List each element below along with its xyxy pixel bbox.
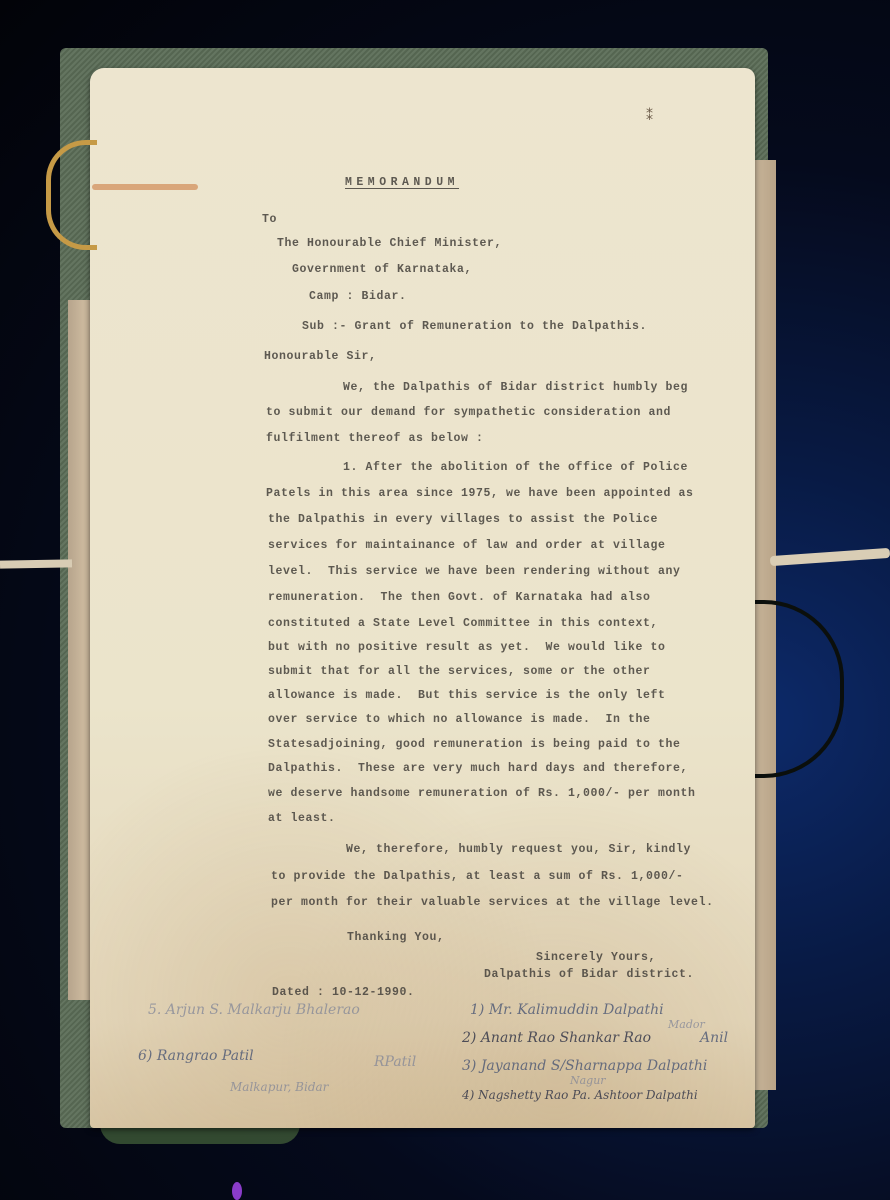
closing-line: Sincerely Yours, xyxy=(536,951,656,964)
signature-entry: 1) Mr. Kalimuddin Dalpathi xyxy=(470,1002,664,1018)
purple-object xyxy=(232,1182,242,1200)
body-line: constituted a State Level Committee in t… xyxy=(268,617,658,630)
tag-string xyxy=(92,184,198,190)
body-line: over service to which no allowance is ma… xyxy=(268,713,651,726)
page-title: MEMORANDUM xyxy=(345,176,459,189)
body-line: the Dalpathis in every villages to assis… xyxy=(268,513,658,526)
recipient-line-2: Government of Karnataka, xyxy=(292,263,472,276)
signatory-line: Dalpathis of Bidar district. xyxy=(484,968,694,981)
binding-cord xyxy=(750,600,844,778)
signature-mark: Anil xyxy=(700,1030,728,1046)
signature-entry: 6) Rangrao Patil xyxy=(138,1048,254,1064)
signature-entry: 4) Nagshetty Rao Pa. Ashtoor Dalpathi xyxy=(462,1088,698,1102)
signature-mark: RPatil xyxy=(374,1054,416,1070)
body-line: Patels in this area since 1975, we have … xyxy=(266,487,694,500)
salutation: Honourable Sir, xyxy=(264,350,377,363)
recipient-line-1: The Honourable Chief Minister, xyxy=(277,237,502,250)
subject-line: Sub :- Grant of Remuneration to the Dalp… xyxy=(302,320,647,333)
date-line: Dated : 10-12-1990. xyxy=(272,986,415,999)
body-line: we deserve handsome remuneration of Rs. … xyxy=(268,787,696,800)
body-line: but with no positive result as yet. We w… xyxy=(268,641,666,654)
body-line: We, the Dalpathis of Bidar district humb… xyxy=(343,381,688,394)
signature-entry: Nagur xyxy=(570,1074,606,1087)
body-line: allowance is made. But this service is t… xyxy=(268,689,666,702)
body-line: at least. xyxy=(268,812,336,825)
body-line: remuneration. The then Govt. of Karnatak… xyxy=(268,591,651,604)
body-line: Dalpathis. These are very much hard days… xyxy=(268,762,688,775)
signature-entry: 5. Arjun S. Malkarju Bhalerao xyxy=(148,1002,360,1018)
thanks-line: Thanking You, xyxy=(347,931,445,944)
request-line: per month for their valuable services at… xyxy=(271,896,714,909)
request-line: to provide the Dalpathis, at least a sum… xyxy=(271,870,684,883)
recipient-line-3: Camp : Bidar. xyxy=(309,290,407,303)
signature-entry: 2) Anant Rao Shankar Rao xyxy=(462,1030,651,1046)
ink-smudge: ⁑ xyxy=(646,108,653,125)
twine-right xyxy=(770,548,890,566)
body-line: services for maintainance of law and ord… xyxy=(268,539,666,552)
string-loop xyxy=(46,140,97,250)
body-line: level. This service we have been renderi… xyxy=(268,565,681,578)
signature-entry: Malkapur, Bidar xyxy=(230,1080,328,1094)
body-line: 1. After the abolition of the office of … xyxy=(343,461,688,474)
request-line: We, therefore, humbly request you, Sir, … xyxy=(346,843,691,856)
body-line: Statesadjoining, good remuneration is be… xyxy=(268,738,681,751)
twine-left xyxy=(0,559,72,568)
body-line: fulfilment thereof as below : xyxy=(266,432,484,445)
recipient-to: To xyxy=(262,213,277,226)
body-line: submit that for all the services, some o… xyxy=(268,665,651,678)
signature-entry: 3) Jayanand S/Sharnappa Dalpathi xyxy=(462,1058,707,1074)
body-line: to submit our demand for sympathetic con… xyxy=(266,406,671,419)
